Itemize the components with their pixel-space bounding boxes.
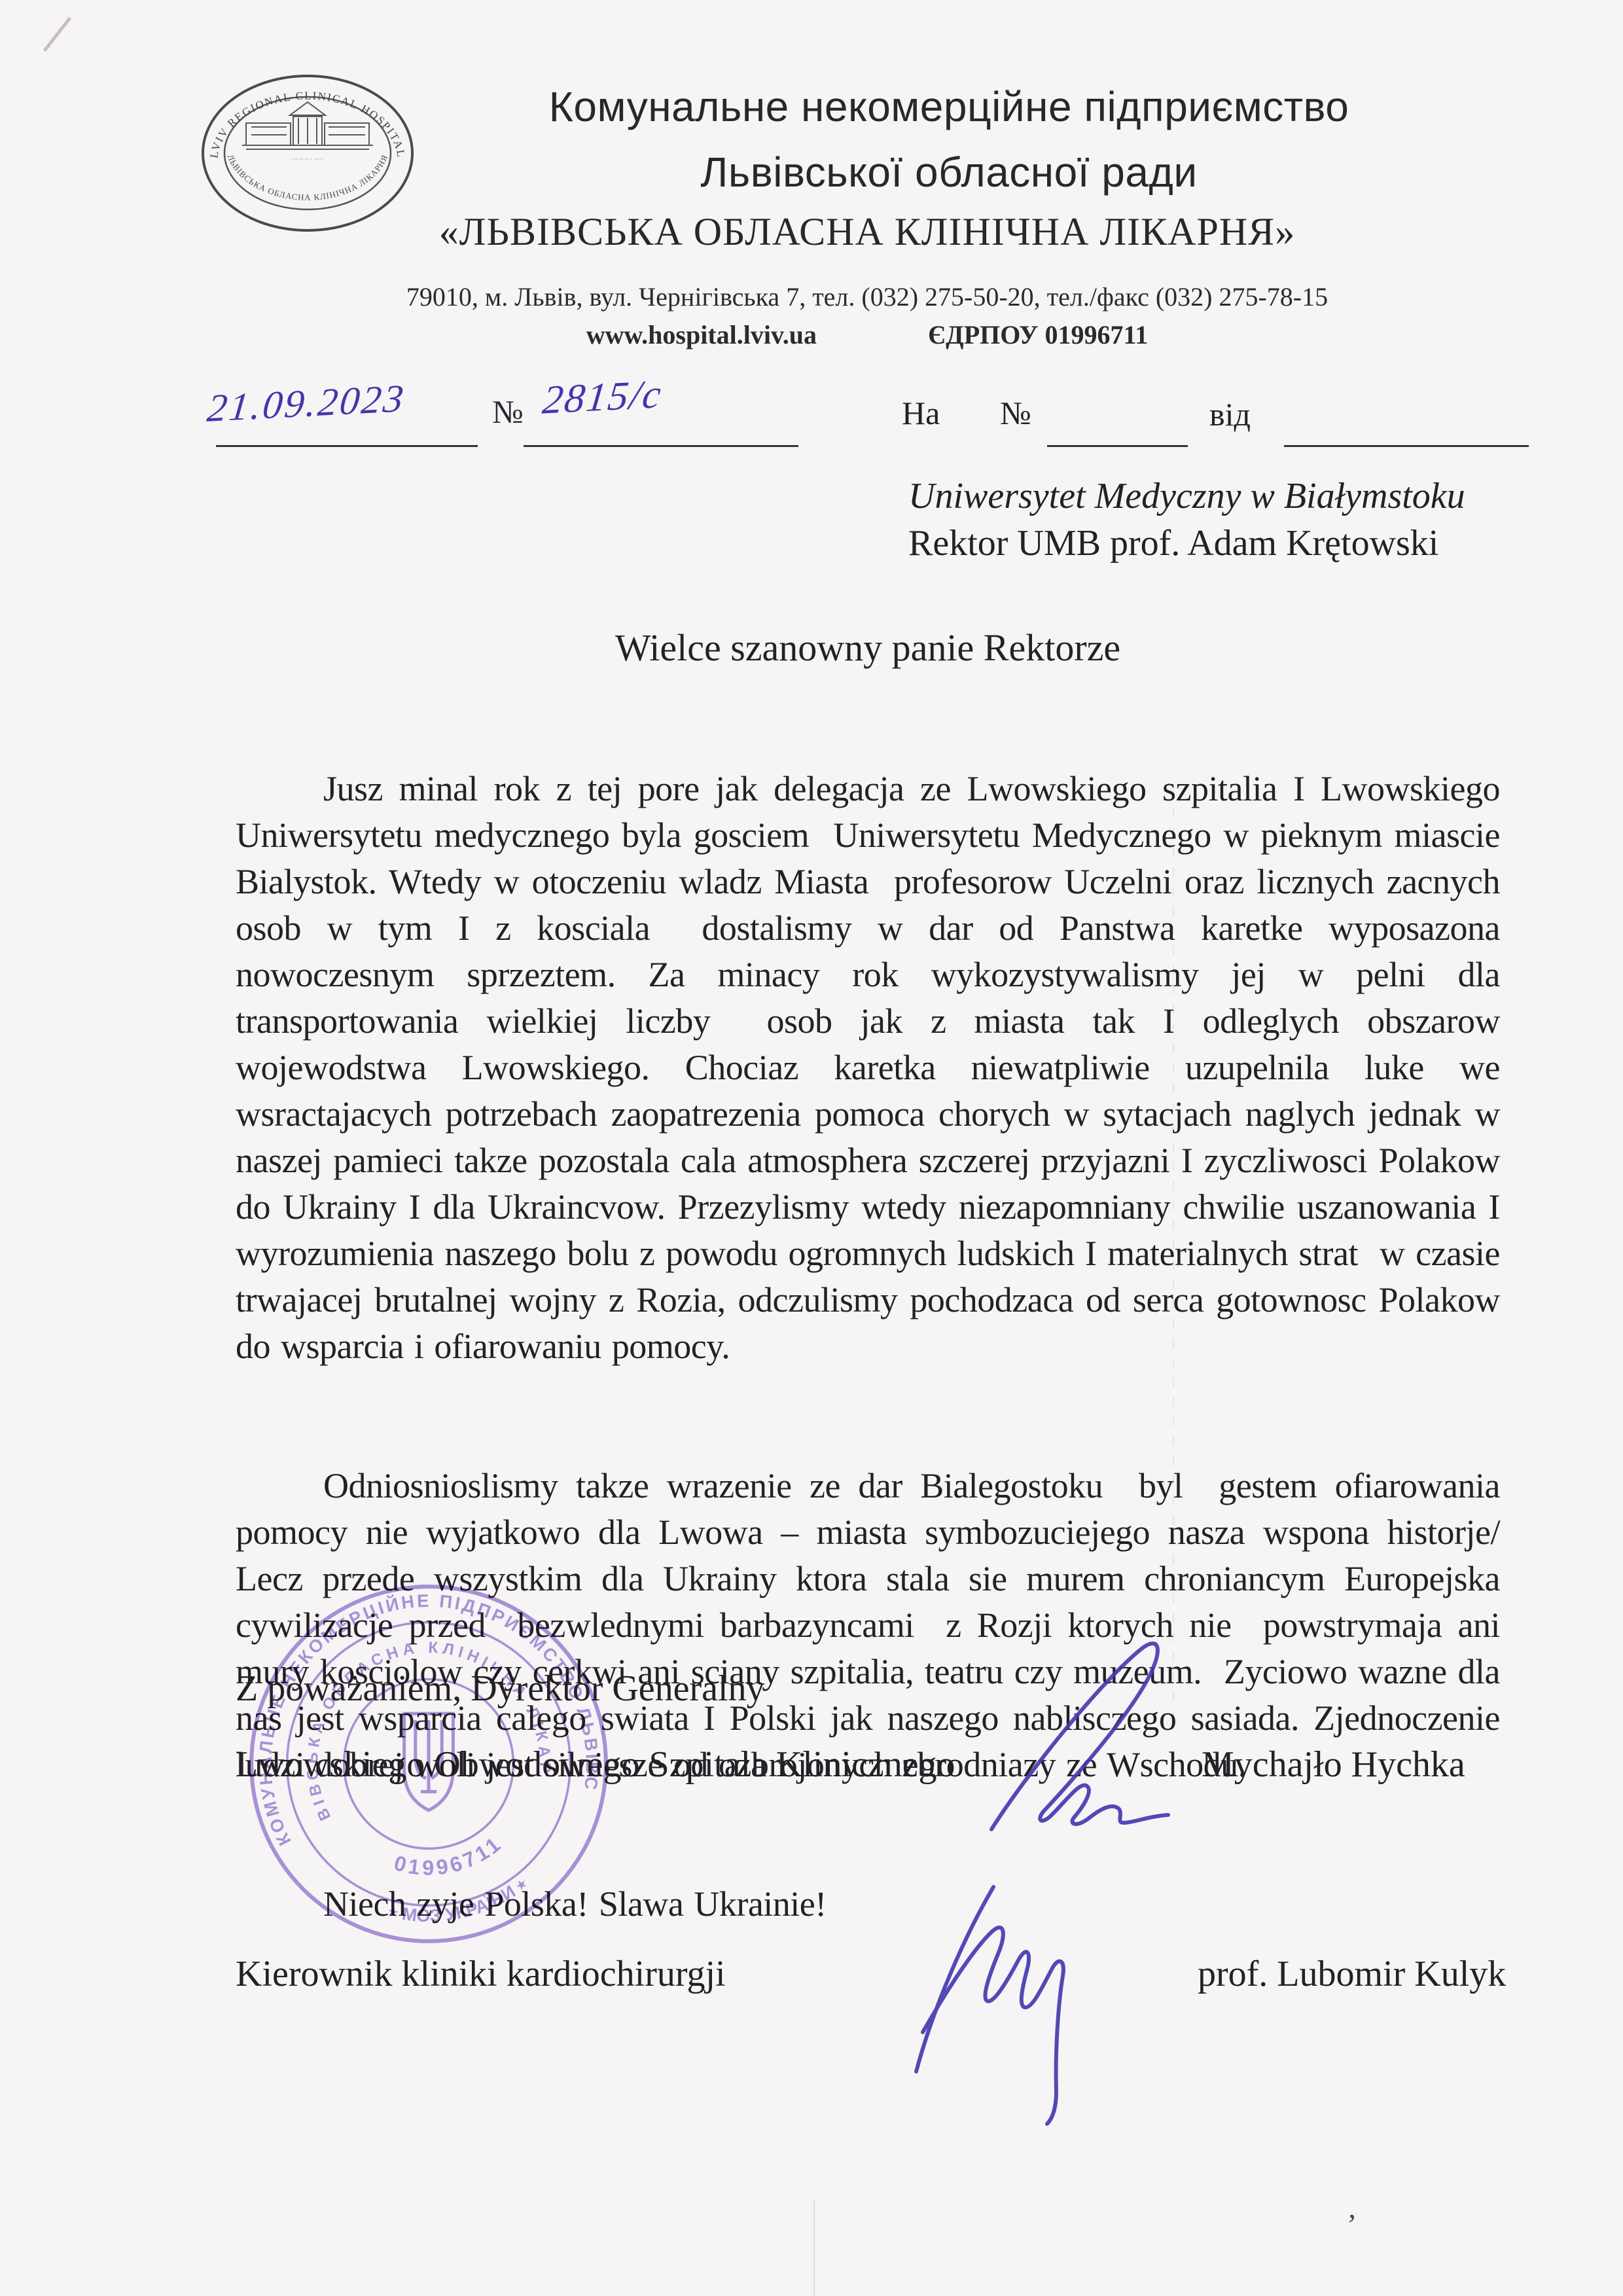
- professor-name: prof. Lubomir Kulyk: [1198, 1953, 1506, 1995]
- org-name-line3: «ЛЬВІВСЬКА ОБЛАСНА КЛІНІЧНА ЛІКАРНЯ»: [236, 209, 1499, 255]
- org-contacts-row: www.hospital.lviv.ua ЄДРПОУ 01996711: [236, 319, 1499, 350]
- scanned-letter-page: LVIV REGIONAL CLINICAL HOSPITAL ЛЬВІВСЬК…: [0, 0, 1623, 2296]
- addressee-university: Uniwersytet Medyczny w Białymstoku: [908, 475, 1465, 517]
- number-underline: [524, 445, 798, 447]
- director-name: Mychajło Hychka: [1202, 1744, 1465, 1785]
- scan-scratch-mark: [0, 0, 71, 52]
- na-label: На: [902, 394, 940, 432]
- org-name-line1: Комунальне некомерційне підприємство: [406, 82, 1492, 131]
- na-number-underline: [1047, 445, 1188, 447]
- na-number-sign: №: [1000, 394, 1031, 432]
- number-sign: №: [492, 393, 524, 431]
- handwritten-number: 2815/c: [541, 371, 665, 423]
- org-website: www.hospital.lviv.ua: [586, 319, 817, 350]
- professor-signature-ink: [877, 1875, 1152, 2130]
- vid-underline: [1284, 445, 1529, 447]
- stray-ink-mark: ’: [1347, 2207, 1357, 2242]
- body-paragraph-1: Jusz minal rok z tej pore jak delegacja …: [236, 766, 1500, 1370]
- date-underline: [216, 445, 478, 447]
- vid-label: від: [1209, 395, 1251, 433]
- org-name-line2: Львівської обласної ради: [406, 148, 1492, 196]
- signoff-title-line1: Z poważaniem, Dyrektor Generalny: [236, 1668, 765, 1710]
- cardiosurgery-head-title: Kierownik kliniki kardiochirurgji: [236, 1953, 726, 1995]
- handwritten-date: 21.09.2023: [205, 376, 407, 431]
- stamp-bottom-text: ٭ МОЗ УКРАЇНИ ٭: [382, 1871, 535, 1937]
- director-signature-ink: [952, 1640, 1214, 1856]
- salutation: Wielce szanowny panie Rektorze: [236, 626, 1500, 670]
- bottom-fold-line: [813, 2199, 815, 2296]
- logo-caption-dashes: ··· ····· · ·····: [292, 156, 324, 162]
- addressee-rector: Rektor UMB prof. Adam Krętowski: [908, 522, 1438, 564]
- org-address-line: 79010, м. Львів, вул. Чернігівська 7, те…: [236, 281, 1499, 312]
- stamp-edrpou-code: 01996711: [387, 1829, 511, 1890]
- signoff-title-line2: Lwowskiego Obwodowego Szpitala Kliniczne…: [236, 1744, 955, 1785]
- org-edrpou: ЄДРПОУ 01996711: [928, 319, 1148, 350]
- vertical-fold-line: [1173, 808, 1174, 1725]
